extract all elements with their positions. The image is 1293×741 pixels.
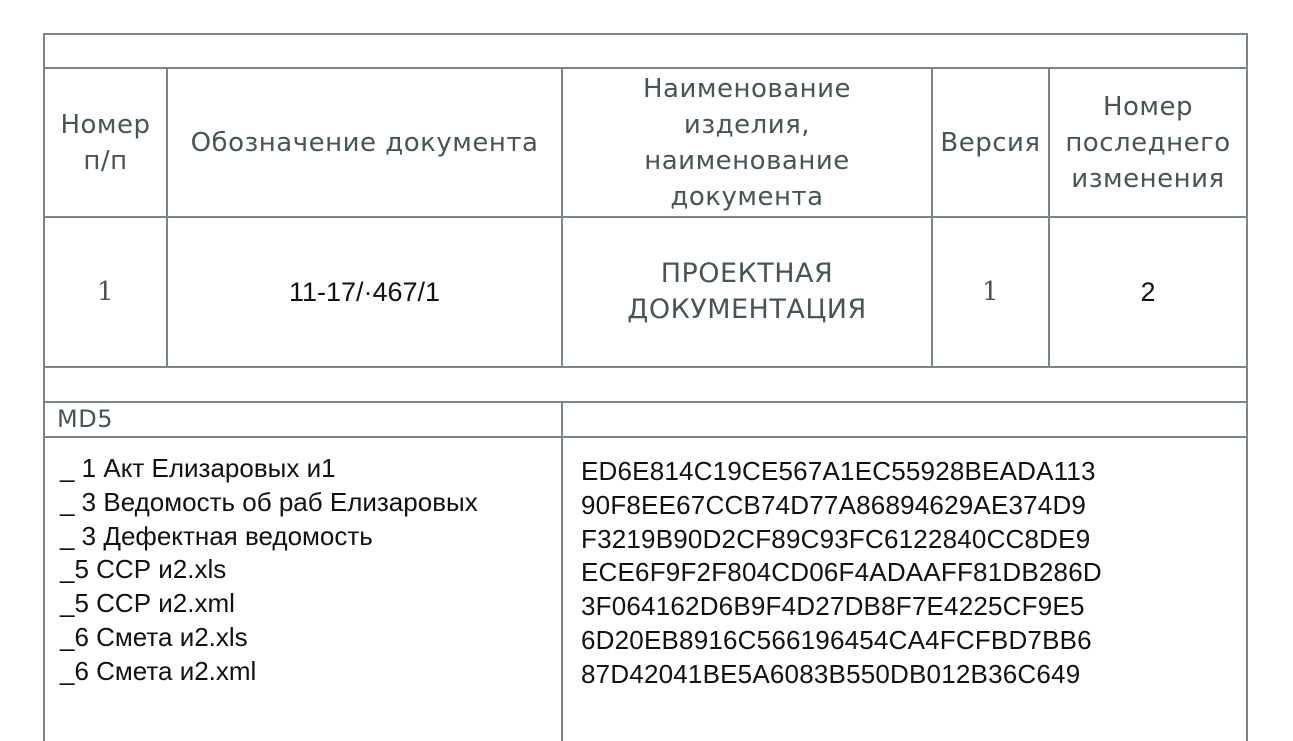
- header-last-change-text: Номер последнего изменения: [1065, 89, 1230, 197]
- file-name: _5 ССР и2.xml: [60, 587, 478, 621]
- row-number: 1: [97, 277, 114, 307]
- md5-label: MD5: [57, 404, 113, 434]
- header-version: Версия: [933, 69, 1048, 216]
- md5-row-bottom-line: [43, 436, 1248, 438]
- header-designation: Обозначение документа: [168, 69, 561, 216]
- header-last-change: Номер последнего изменения: [1050, 69, 1246, 216]
- md5-row-top-line: [43, 401, 1248, 403]
- file-name: _6 Смета и2.xml: [60, 655, 478, 689]
- file-list: _ 1 Акт Елизаровых и1 _ 3 Ведомость об р…: [60, 452, 478, 689]
- header-name-text: Наименование изделия, наименование докум…: [643, 71, 851, 215]
- md5-hash: ECE6F9F2F804CD06F4ADAAFF81DB286D: [581, 556, 1102, 590]
- md5-hash: 3F064162D6B9F4D27DB8F7E4225CF9E5: [581, 590, 1102, 624]
- file-name: _ 1 Акт Елизаровых и1: [60, 452, 478, 486]
- header-number: Номер п/п: [45, 69, 166, 216]
- name-cell: ПРОЕКТНАЯ ДОКУМЕНТАЦИЯ: [563, 218, 931, 366]
- table-border-top: [43, 33, 1248, 35]
- data-row-bottom-line: [43, 366, 1248, 368]
- md5-hash: ED6E814C19CE567A1EC55928BEADA113: [581, 455, 1102, 489]
- table-border-right: [1246, 33, 1248, 741]
- md5-hash: 87D42041BE5A6083B550DB012B36C649: [581, 658, 1102, 692]
- file-name: _6 Смета и2.xls: [60, 621, 478, 655]
- col-divider-md5: [561, 401, 563, 741]
- document-name: ПРОЕКТНАЯ ДОКУМЕНТАЦИЯ: [627, 256, 867, 328]
- designation-cell: 11-17/·467/1: [168, 218, 561, 366]
- header-name: Наименование изделия, наименование докум…: [563, 69, 931, 216]
- header-designation-text: Обозначение документа: [191, 125, 539, 161]
- md5-hash: 6D20EB8916C566196454CA4FCFBD7BB6: [581, 624, 1102, 658]
- document-designation: 11-17/·467/1: [289, 277, 440, 308]
- header-version-text: Версия: [940, 125, 1040, 161]
- header-number-text: Номер п/п: [60, 107, 150, 179]
- md5-hash-list: ED6E814C19CE567A1EC55928BEADA113 90F8EE6…: [581, 455, 1102, 692]
- version-cell: 1: [933, 218, 1048, 366]
- document-version: 1: [982, 277, 999, 307]
- file-name: _ 3 Дефектная ведомость: [60, 520, 478, 554]
- file-name: _ 3 Ведомость об раб Елизаровых: [60, 486, 478, 520]
- md5-hash: 90F8EE67CCB74D77A86894629AE374D9: [581, 489, 1102, 523]
- file-name: _5 ССР и2.xls: [60, 553, 478, 587]
- md5-hash: F3219B90D2CF89C93FC6122840CC8DE9: [581, 523, 1102, 557]
- last-change-cell: 2: [1050, 218, 1246, 366]
- row-number-cell: 1: [45, 218, 166, 366]
- last-change-number: 2: [1140, 277, 1155, 308]
